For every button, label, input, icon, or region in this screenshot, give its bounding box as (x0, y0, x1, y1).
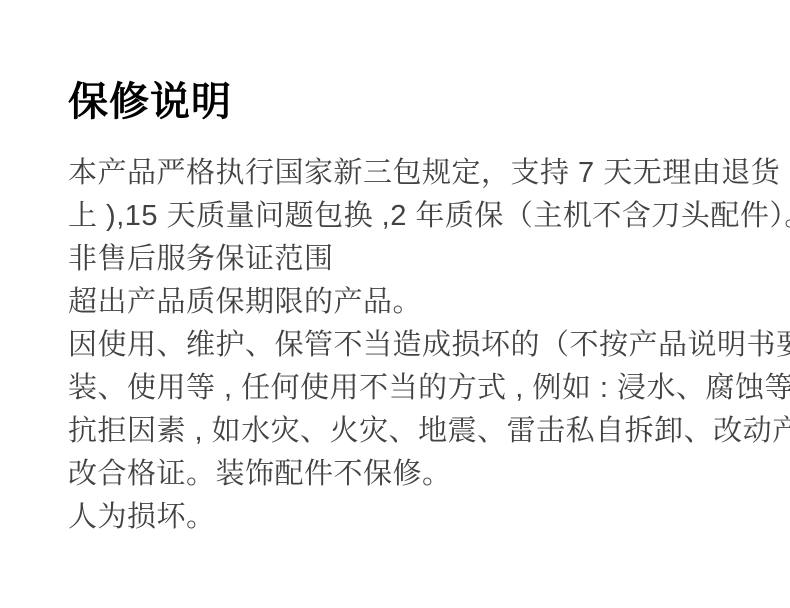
warranty-page: 保修说明 本产品严格执行国家新三包规定，支持 7 天无理由退货（线 上 ),15… (0, 0, 790, 608)
text-line: 改合格证。装饰配件不保修。 (68, 453, 730, 496)
paragraph-improper-use: 因使用、维护、保管不当造成损坏的（不按产品说明书要求安 装、使用等 , 任何使用… (68, 324, 730, 496)
warranty-text: 本产品严格执行国家新三包规定，支持 7 天无理由退货（线 上 ),15 天质量问… (68, 152, 730, 539)
text-line: 因使用、维护、保管不当造成损坏的（不按产品说明书要求安 (68, 324, 730, 367)
text-line: 超出产品质保期限的产品。 (68, 281, 730, 324)
text-line: 人为损坏。 (68, 496, 730, 539)
paragraph-non-warranty-heading: 非售后服务保证范围 (68, 238, 730, 281)
text-line: 本产品严格执行国家新三包规定，支持 7 天无理由退货（线 (68, 152, 730, 195)
page-title: 保修说明 (68, 78, 730, 126)
text-line: 抗拒因素 , 如水灾、火灾、地震、雷击私自拆卸、改动产品 , 或涂 (68, 410, 730, 453)
text-line: 装、使用等 , 任何使用不当的方式 , 例如 : 浸水、腐蚀等 )。不可 (68, 367, 730, 410)
paragraph-human-damage: 人为损坏。 (68, 496, 730, 539)
text-line: 非售后服务保证范围 (68, 238, 730, 281)
paragraph-expired-products: 超出产品质保期限的产品。 (68, 281, 730, 324)
paragraph-return-policy: 本产品严格执行国家新三包规定，支持 7 天无理由退货（线 上 ),15 天质量问… (68, 152, 730, 238)
text-line: 上 ),15 天质量问题包换 ,2 年质保（主机不含刀头配件）。 (68, 195, 730, 238)
